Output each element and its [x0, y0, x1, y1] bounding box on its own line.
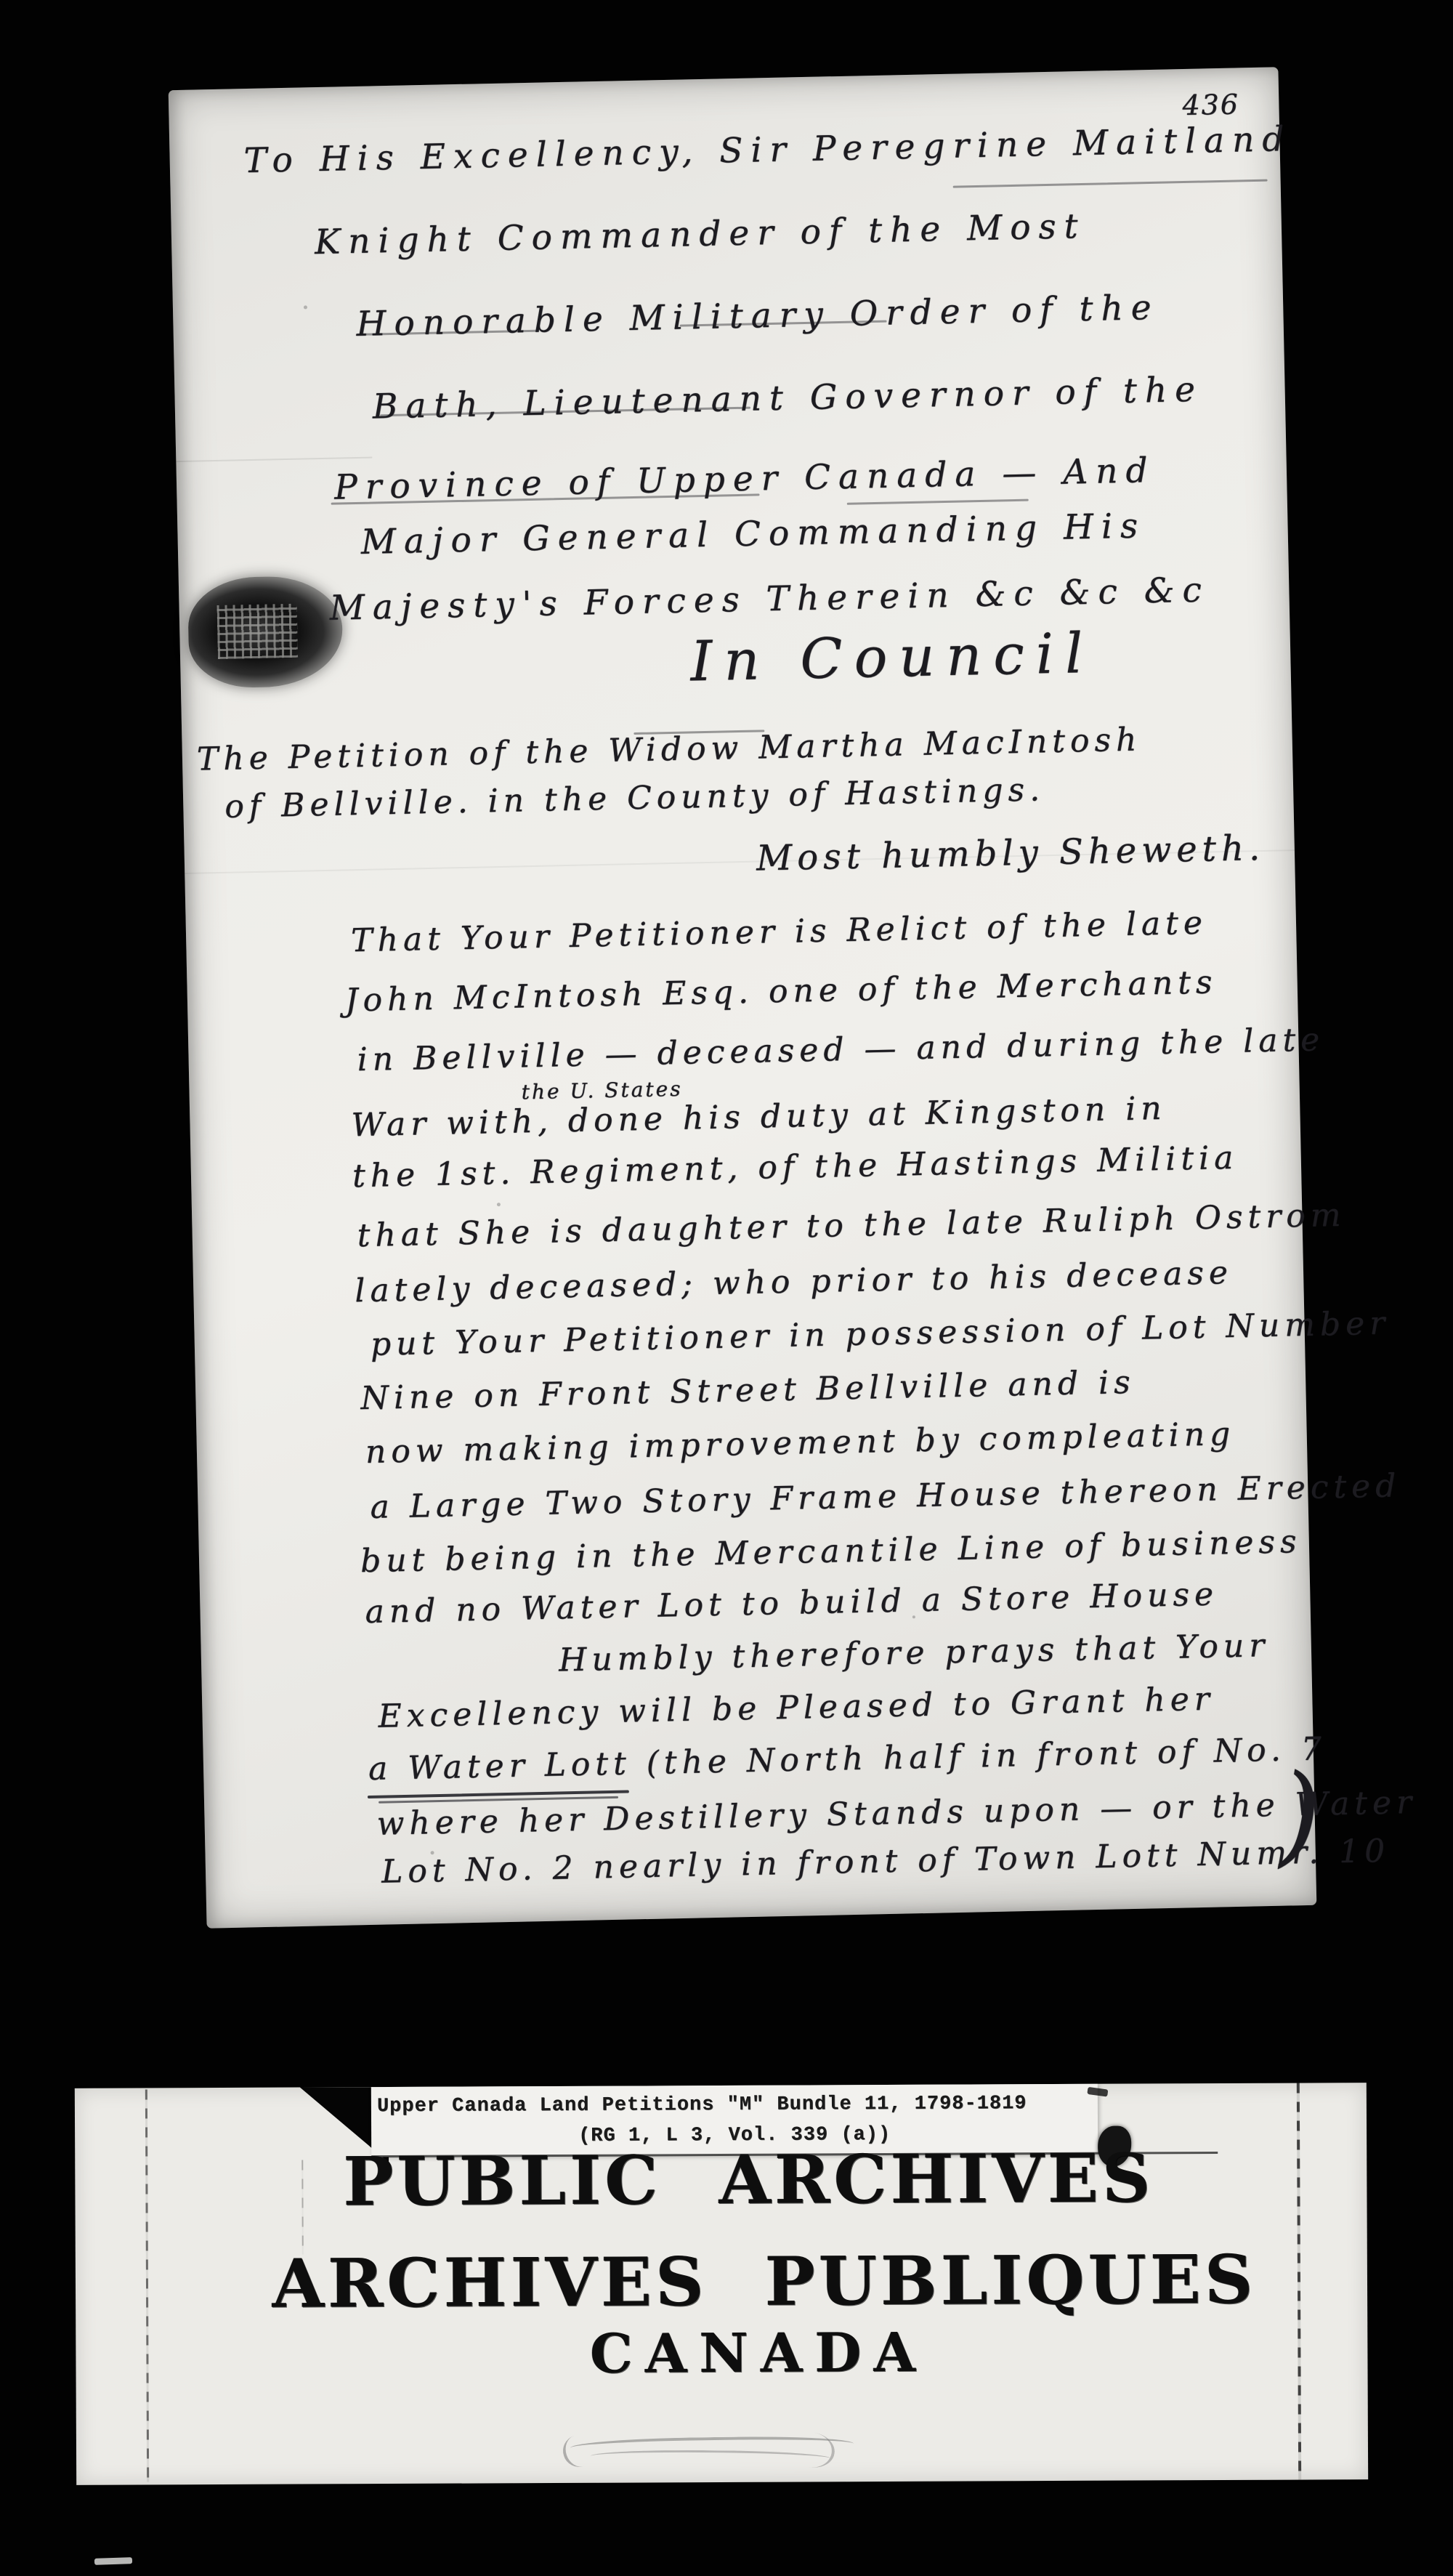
card-crease: [301, 2160, 304, 2255]
stamp-country: CANADA: [590, 2326, 928, 2381]
manuscript-line: a Water Lott (the North half in front of…: [368, 1730, 1327, 1788]
manuscript-line: Majesty's Forces Therein &c &c &c: [329, 570, 1210, 628]
card-crease: [1297, 2083, 1301, 2480]
stamp-title-en: PUBLIC ARCHIVES: [343, 2144, 1154, 2215]
manuscript-line: Lot No. 2 nearly in front of Town Lott N…: [381, 1833, 1391, 1891]
manuscript-line: but being in the Mercantile Line of busi…: [360, 1523, 1302, 1580]
sheweth-line: Most humbly Sheweth.: [756, 828, 1265, 879]
council-heading: In Council: [689, 621, 1095, 694]
manuscript-line: That Your Petitioner is Relict of the la…: [351, 905, 1208, 960]
smudge-stroke: [785, 2428, 837, 2471]
manuscript-line: lately deceased; who prior to his deceas…: [355, 1254, 1234, 1309]
smudge-stroke: [559, 2431, 599, 2471]
manuscript-line: a Large Two Story Frame House thereon Er…: [370, 1467, 1401, 1526]
microfilm-frame: 436 To His Excellency, Sir Peregrine Mai…: [0, 0, 1453, 2576]
manuscript-line: Province of Upper Canada — And: [334, 451, 1156, 508]
pencil-smudge: [570, 2432, 855, 2476]
manuscript-line: Knight Commander of the Most: [315, 206, 1086, 262]
manuscript-line: Nine on Front Street Bellville and is: [360, 1364, 1136, 1417]
scan-streak: [953, 179, 1268, 188]
stamp-title-fr: ARCHIVES PUBLIQUES: [272, 2246, 1256, 2317]
archives-card: Upper Canada Land Petitions "M" Bundle 1…: [75, 2083, 1368, 2485]
manuscript-line: now making improvement by compleating: [365, 1416, 1235, 1471]
manuscript-line: and no Water Lot to build a Store House: [365, 1575, 1218, 1631]
manuscript-line: Excellency will be Pleased to Grant her: [378, 1681, 1215, 1735]
manuscript-line: Humbly therefore prays that Your: [559, 1627, 1270, 1679]
manuscript-line: The Petition of the Widow Martha MacInto…: [196, 721, 1141, 778]
manuscript-line: put Your Petitioner in possession of Lot…: [370, 1304, 1390, 1362]
manuscript-line: that She is daughter to the late Ruliph …: [357, 1197, 1346, 1254]
speck: [304, 305, 307, 309]
manuscript-line: the 1st. Regiment, of the Hastings Milit…: [352, 1139, 1238, 1195]
ink-blot-texture: [217, 604, 299, 659]
petition-page: 436 To His Excellency, Sir Peregrine Mai…: [169, 67, 1317, 1928]
reference-label-line1: Upper Canada Land Petitions "M" Bundle 1…: [377, 2093, 1027, 2117]
manuscript-line: in Bellville — deceased — and during the…: [357, 1021, 1325, 1078]
page-fold: [176, 457, 372, 463]
ink-blot: [187, 575, 344, 688]
card-crease: [145, 2089, 149, 2482]
manuscript-line: Honorable Military Order of the: [356, 288, 1159, 344]
manuscript-line: Major General Commanding His: [360, 506, 1146, 562]
film-scratch: [94, 2557, 132, 2565]
scan-streak: [847, 499, 1029, 505]
manuscript-line: of Bellville. in the County of Hastings.: [224, 771, 1045, 825]
closing-paren-flourish: ): [1277, 1760, 1322, 1870]
manuscript-line: War with, done his duty at Kingston in: [351, 1090, 1167, 1144]
speck: [497, 1203, 501, 1206]
page-number: 436: [1182, 88, 1239, 121]
manuscript-line: To His Excellency, Sir Peregrine Maitlan…: [243, 119, 1292, 181]
manuscript-line: John McIntosh Esq. one of the Merchants: [344, 964, 1218, 1019]
manuscript-line: Bath, Lieutenant Governor of the: [372, 370, 1203, 427]
